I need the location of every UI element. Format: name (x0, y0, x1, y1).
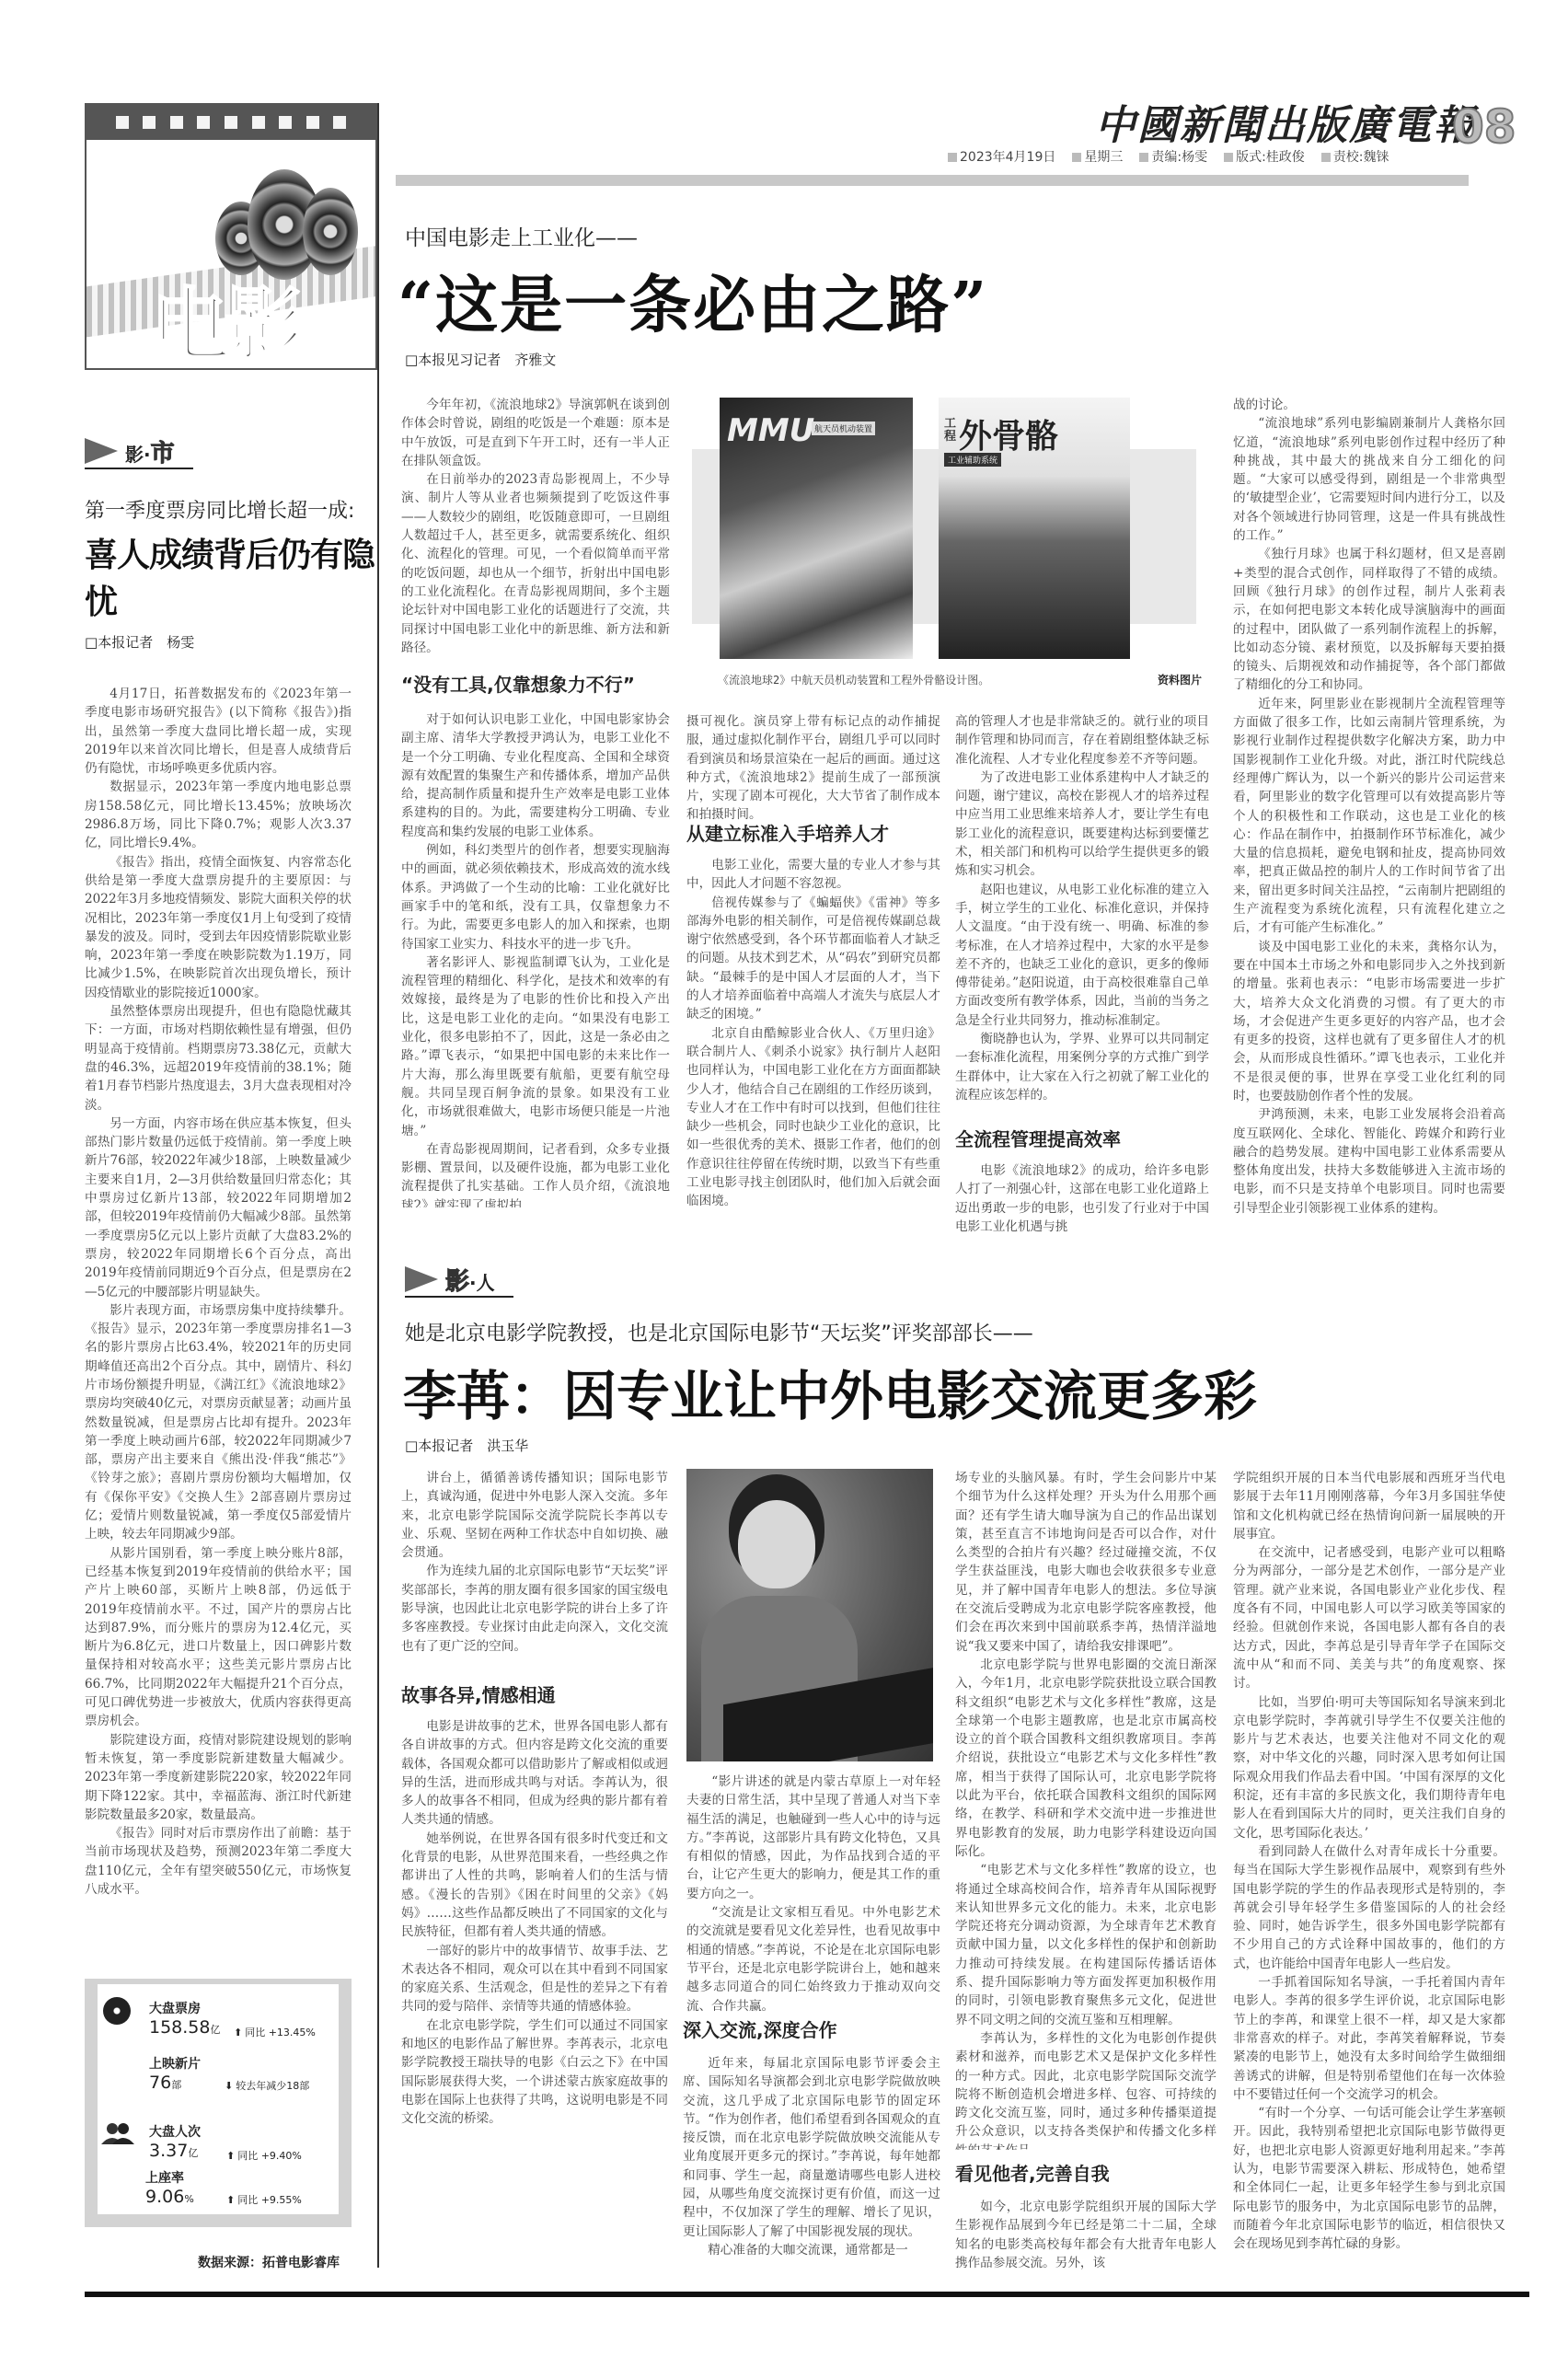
top-subhead-3: 全流程管理提高效率 (955, 1125, 1121, 1151)
issue-weekday: 星期三 (1072, 147, 1123, 166)
paragraph: 从影片国别看，第一季度上映分账片8部，已经基本恢复到2019年疫情前的供给水平；… (85, 1544, 352, 1731)
left-article-kicker: 第一季度票房同比增长超一成: (85, 495, 377, 524)
paragraph: “流浪地球”系列电影编剧兼制片人龚格尔回忆道，“流浪地球”系列电影创作过程中经历… (1233, 414, 1505, 545)
paragraph: 一手抓着国际知名导演，一手托着国内青年电影人。李苒的很多学生评价说，北京国际电影… (1233, 1973, 1505, 2104)
top-subhead-2: 从建立标准入手培养人才 (686, 819, 889, 846)
film-reel-icon (303, 188, 358, 275)
paragraph: 李苒认为，多样性的文化为电影创作提供素材和滋养，而电影艺术又是保护文化多样性的一… (955, 2029, 1216, 2150)
paragraph: 战的讨论。 (1233, 396, 1505, 414)
masthead-rule (396, 175, 1469, 186)
bottom-article-col2-body: 近年来，每届北京国际电影节评委会主席、国际知名导演都会到北京电影学院做放映交流，… (683, 2054, 940, 2284)
top-article-byline: 本报见习记者 齐雅文 (405, 350, 556, 369)
paragraph: “影片讲述的就是内蒙古草原上一对年轻夫妻的日常生活，其中呈现了普通人对当下幸福生… (686, 1773, 940, 1903)
page-number: 08 (1452, 101, 1524, 153)
paragraph: 摄可视化。演员穿上带有标记点的动作捕捉服，通过虚拟化制作平台，剧组几乎可以同时看… (686, 712, 940, 825)
paragraph: 倍视传媒参与了《蝙蝠侠》《雷神》等多部海外电影的相关制作，可是倍视传媒副总裁谢宁… (686, 894, 940, 1024)
section-tag-people: 影·人 (405, 1263, 513, 1298)
page-bottom-rule (85, 2292, 1529, 2297)
left-column: 电影 影·市 第一季度票房同比增长超一成: 喜人成绩背后仍有隐忧 本报记者 杨雯… (85, 103, 377, 1899)
paragraph: 影片表现方面，市场票房集中度持续攀升。《报告》显示，2023年第一季度票房排名1… (85, 1301, 352, 1544)
paragraph: 看到同龄人在做什么对青年成长十分重要。每当在国际大学生影视作品展中，观察到有些外… (1233, 1842, 1505, 1973)
top-article-col4: 战的讨论。 “流浪地球”系列电影编剧兼制片人龚格尔回忆道，“流浪地球”系列电影创… (1233, 396, 1505, 1242)
paragraph: 北京电影学院与世界电影圈的交流日渐深入，今年1月，北京电影学院获批设立联合国教科… (955, 1656, 1216, 1861)
left-article-headline: 喜人成绩背后仍有隐忧 (85, 529, 377, 623)
stat-new-films: 上映新片 76部 (149, 2054, 201, 2093)
section-tag-main: 影 (445, 1268, 469, 1296)
paragraph: 近年来，阿里影业在影视制片全流程管理等方面做了很多工作，比如云南制片管理系统，为… (1233, 695, 1505, 938)
film-reel-icon (103, 1997, 131, 2025)
bottom-article-col3-end: 如今，北京电影学院组织开展的国际大学生影视作品展到今年已经是第二十二届，全球知名… (955, 2198, 1216, 2272)
bottom-subhead-3: 看见他者,完善自我 (955, 2159, 1110, 2186)
top-article-col1: 对于如何认识电影工业化，中国电影家协会副主席、清华大学教授尹鸿认为，电影工业化不… (401, 710, 670, 1207)
bottom-subhead-2: 深入交流,深度合作 (683, 2015, 837, 2042)
bottom-article-byline: 本报记者 洪玉华 (405, 1436, 528, 1455)
paragraph: 电影是讲故事的艺术，世界各国电影人都有各自讲故事的方式。但内容是跨文化交流的重要… (401, 1717, 668, 1830)
paragraph: 4月17日，拓普数据发布的《2023年第一季度电影市场研究报告》(以下简称《报告… (85, 685, 352, 778)
mmu-design-image: MMU 航天员机动装置 (720, 398, 913, 659)
stat-occupancy: 上座率 9.06% (145, 2168, 194, 2207)
proofreader-credit: 责校:魏铼 (1321, 147, 1389, 166)
top-article-col3-end: 电影《流浪地球2》的成功，给许多电影人打了一剂强心针，这部在电影工业化道路上迈出… (955, 1161, 1209, 1236)
bottom-article-col2: “影片讲述的就是内蒙古草原上一对年轻夫妻的日常生活，其中呈现了普通人对当下幸福生… (686, 1773, 940, 2015)
data-source: 数据来源：拓普电影睿库 (198, 2253, 340, 2271)
paragraph: 谈及中国电影工业化的未来，龚格尔认为，要在中国本土市场之外和电影同步入之外找到新… (1233, 938, 1505, 1106)
paragraph: “交流是让文家相互看见。中外电影艺术的交流就是要看见文化差异性，也看见故事中相通… (686, 1903, 940, 2015)
top-article-headline: “这是一条必由之路” (398, 256, 988, 345)
paragraph: 在日前举办的2023青岛影视周上，不少导演、制片人等从业者也频频提到了吃饭这件事… (401, 470, 670, 657)
paragraph: 在北京电影学院，学生们可以通过不同国家和地区的电影作品了解世界。李苒表示，北京电… (401, 2016, 668, 2129)
paragraph: 一部好的影片中的故事情节、故事手法、艺术表达各不相同，观众可以在其中看到不同国家… (401, 1942, 668, 2016)
section-tag-main: 市 (151, 440, 175, 468)
paragraph: 衡晓静也认为，学界、业界可以共同制定一套标准化流程，用案例分享的方式推广到学生群… (955, 1030, 1209, 1104)
paragraph: 尹鸿预测，未来，电影工业发展将会沿着高度互联网化、全球化、智能化、跨媒介和跨行业… (1233, 1105, 1505, 1218)
stat-box-office: 大盘票房 158.58亿 (149, 1999, 220, 2038)
paragraph: 精心准备的大咖交流课，通常都是一 (683, 2241, 940, 2259)
figure-caption: 《流浪地球2》中航天员机动装置和工程外骨骼设计图。 (718, 672, 989, 687)
stat-change-up: 同比 +9.40% (226, 2148, 302, 2163)
paragraph: “有时一个分享、一句话可能会让学生茅塞顿开。因此，我特别希望把北京国际电影节做得… (1233, 2104, 1505, 2253)
paragraph: 讲台上，循循善诱传播知识；国际电影节上，真诚沟通，促进中外电影人深入交流。多年来… (401, 1469, 668, 1562)
issue-date: 2023年4月19日 (948, 147, 1055, 166)
paragraph: 比如，当罗伯·明可夫等国际知名导演来到北京电影学院时，李苒就引导学生不仅要关注他… (1233, 1693, 1505, 1842)
paragraph: 今年年初，《流浪地球2》导演郭帆在谈到创作体会时曾说，剧组的吃饭是一个难题：原本… (401, 396, 670, 470)
bottom-article-col3: 场专业的头脑风暴。有时，学生会问影片中某个细节为什么这样处理？开头为什么用那个画… (955, 1469, 1216, 2150)
section-tag-prefix: 影· (125, 444, 151, 466)
paragraph: 在交流中，记者感受到，电影产业可以粗略分为两部分，一部分是艺术创作，一部分是产业… (1233, 1543, 1505, 1692)
figure-credit: 资料图片 (1158, 672, 1202, 687)
stat-change-down: 较去年减少18部 (225, 2078, 309, 2093)
layout-credit: 版式:桂政俊 (1224, 147, 1305, 166)
bottom-article-kicker: 她是北京电影学院教授，也是北京国际电影节“天坛奖”评奖部部长—— (405, 1318, 1033, 1346)
section-tag-market: 影·市 (85, 434, 193, 469)
paragraph: 为了改进电影工业体系建构中人才缺乏的问题，谢宁建议，高校在影视人才的培养过程中应… (955, 768, 1209, 881)
section-tag-suffix: ·人 (469, 1272, 495, 1294)
bottom-article-headline: 李苒：因专业让中外电影交流更多彩 (403, 1353, 1257, 1430)
paragraph: 近年来，每届北京国际电影节评委会主席、国际知名导演都会到北京电影学院做放映交流，… (683, 2054, 940, 2241)
bottom-article-col1: 电影是讲故事的艺术，世界各国电影人都有各自讲故事的方式。但内容是跨文化交流的重要… (401, 1717, 668, 2269)
paragraph: 《报告》同时对后市票房作出了前瞻：基于当前市场现状及趋势，预测2023年第二季度… (85, 1824, 352, 1899)
top-subhead-1: “没有工具,仅靠想象力不行” (401, 670, 635, 697)
bottom-subhead-1: 故事各异,情感相通 (401, 1680, 556, 1707)
editor-credit: 责编:杨雯 (1139, 147, 1207, 166)
left-column-divider (377, 103, 379, 2268)
li-ran-portrait-photo (686, 1469, 933, 1761)
audience-icon (101, 2122, 134, 2144)
paragraph: 她举例说，在世界各国有很多时代变迁和文化背景的电影，从世界范围来看，一些经典之作… (401, 1830, 668, 1942)
paragraph: 《独行月球》也属于科幻题材，但又是喜剧+类型的混合式创作，同样取得了不错的成绩。… (1233, 545, 1505, 694)
top-article-kicker: 中国电影走上工业化—— (405, 221, 638, 251)
paragraph: 在青岛影视周期间，记者看到，众多专业摄影棚、置景间，以及硬件设施，都为电影工业化… (401, 1140, 670, 1207)
left-article-body: 4月17日，拓普数据发布的《2023年第一季度电影市场研究报告》(以下简称《报告… (85, 685, 352, 1899)
paragraph: 《报告》指出，疫情全面恢复、内容常态化供给是第一季度大盘票房提升的主要原因：与2… (85, 853, 352, 1002)
top-article-col2-top: 摄可视化。演员穿上带有标记点的动作捕捉服，通过虚拟化制作平台，剧组几乎可以同时看… (686, 712, 940, 825)
triangle-icon (85, 438, 118, 464)
paragraph: 电影工业化，需要大量的专业人才参与其中，因此人才问题不容忽视。 (686, 856, 940, 894)
paragraph: 影院建设方面，疫情对影院建设规划的影响暂未恢复，第一季度影院新建数量大幅减少。2… (85, 1731, 352, 1824)
triangle-icon (405, 1266, 438, 1292)
paragraph: 赵阳也建议，从电影工业化标准的建立入手，树立学生的工业化、标准化意识，并保持人文… (955, 881, 1209, 1030)
bottom-article-intro: 讲台上，循循善诱传播知识；国际电影节上，真诚沟通，促进中外电影人深入交流。多年来… (401, 1469, 668, 1656)
film-banner-image: 电影 (85, 103, 377, 370)
paragraph: 例如，科幻类型片的创作者，想要实现脑海中的画面，就必须依赖技术，形成高效的流水线… (401, 841, 670, 953)
paragraph: 电影《流浪地球2》的成功，给许多电影人打了一剂强心针，这部在电影工业化道路上迈出… (955, 1161, 1209, 1236)
paragraph: 著名影评人、影视监制谭飞认为，工业化是流程管理的精细化、科学化，是技术和效率的有… (401, 953, 670, 1140)
paragraph: 场专业的头脑风暴。有时，学生会问影片中某个细节为什么这样处理？开头为什么用那个画… (955, 1469, 1216, 1656)
stat-change-up: 同比 +9.55% (226, 2192, 302, 2207)
banner-word: 电影 (151, 261, 298, 370)
top-article-intro: 今年年初，《流浪地球2》导演郭帆在谈到创作体会时曾说，剧组的吃饭是一个难题：原本… (401, 396, 670, 657)
paragraph: 高的管理人才也是非常缺乏的。就行业的项目制作管理和协同而言，存在着剧组整体缺乏标… (955, 712, 1209, 768)
bottom-article-col4: 学院组织开展的日本当代电影展和西班牙当代电影展于去年11月刚刚落幕，今年3月多国… (1233, 1469, 1505, 2284)
left-article-byline: 本报记者 杨雯 (85, 632, 377, 652)
paragraph: 如今，北京电影学院组织开展的国际大学生影视作品展到今年已经是第二十二届，全球知名… (955, 2198, 1216, 2272)
paragraph: 北京自由酷鲸影业合伙人、《万里归途》联合制片人、《刺杀小说家》执行制片人赵阳也同… (686, 1024, 940, 1206)
issue-meta-bar: 2023年4月19日 星期三 责编:杨雯 版式:桂政俊 责校:魏铼 (948, 147, 1389, 166)
filmstrip-icon (86, 105, 375, 140)
box-office-stats-box: 大盘票房 158.58亿 同比 +13.45% 上映新片 76部 较去年减少18… (85, 1979, 352, 2227)
paragraph: 对于如何认识电影工业化，中国电影家协会副主席、清华大学教授尹鸿认为，电影工业化不… (401, 710, 670, 841)
paragraph: 学院组织开展的日本当代电影展和西班牙当代电影展于去年11月刚刚落幕，今年3月多国… (1233, 1469, 1505, 1543)
paragraph: 虽然整体票房出现提升，但也有隐隐忧藏其下：一方面，市场对档期依赖性显有增强，但仍… (85, 1002, 352, 1114)
stat-admissions: 大盘人次 3.37亿 (149, 2122, 201, 2161)
top-article-col3: 高的管理人才也是非常缺乏的。就行业的项目制作管理和协同而言，存在着剧组整体缺乏标… (955, 712, 1209, 1117)
top-article-col2: 电影工业化，需要大量的专业人才参与其中，因此人才问题不容忽视。 倍视传媒参与了《… (686, 856, 940, 1206)
stat-change-up: 同比 +13.45% (234, 2025, 316, 2039)
paragraph: 另一方面，内容市场在供应基本恢复，但头部热门影片数量仍远低于疫情前。第一季度上映… (85, 1114, 352, 1301)
exoskeleton-design-image: 工程 外骨骼 工业辅助系统 (939, 398, 1130, 659)
paragraph: 作为连续九届的北京国际电影节“天坛奖”评奖部部长，李苒的朋友圈有很多国家的国宝级… (401, 1562, 668, 1655)
paragraph: 数据显示，2023年第一季度内地电影总票房158.58亿元，同比增长13.45%… (85, 778, 352, 852)
newspaper-masthead: 中國新聞出版廣電報 (1095, 92, 1476, 151)
paragraph: “电影艺术与文化多样性”教席的设立，也将通过全球高校间合作，培养青年从国际视野来… (955, 1861, 1216, 2029)
